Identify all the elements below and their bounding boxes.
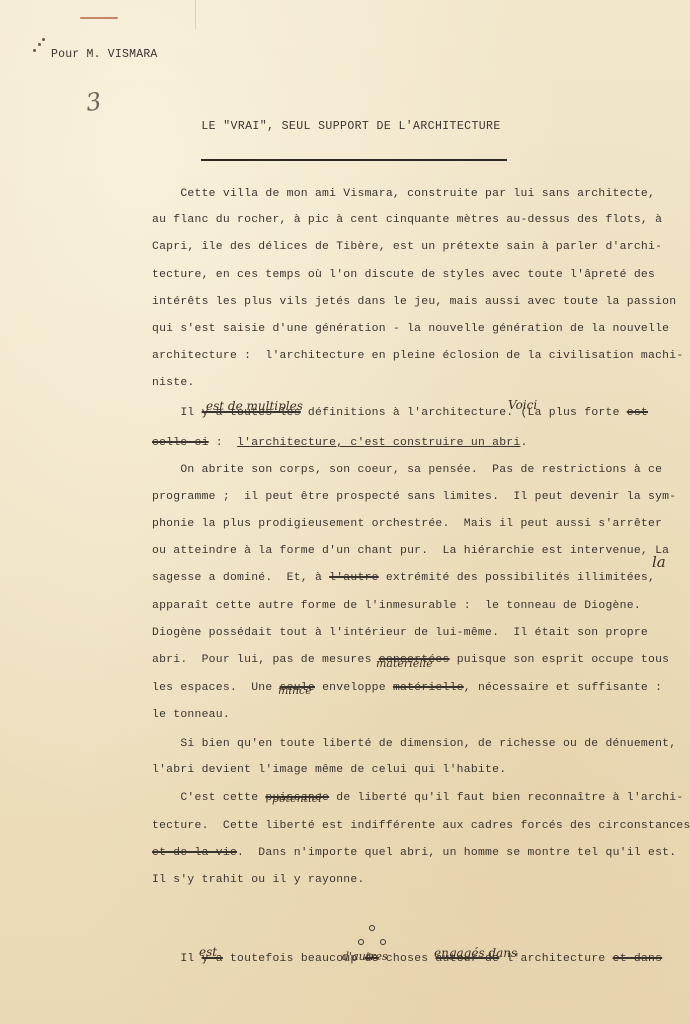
text-line: les espaces. Une seule enveloppe matérie… [152, 682, 662, 694]
annotation-est: est [199, 945, 217, 959]
text-segment: On abrite son corps, son coeur, sa pensé… [152, 464, 662, 476]
annotation-la: la [652, 553, 666, 571]
paper-sheet [0, 0, 690, 1024]
text-segment: phonie la plus prodigieusement orchestré… [152, 518, 662, 530]
struck-text: est [627, 407, 648, 419]
text-segment: puisque son esprit occupe tous [450, 654, 670, 666]
annotation-voici: Voici [508, 398, 537, 412]
text-segment: intérêts les plus vils jetés dans le jeu… [152, 296, 676, 308]
text-line: Cette villa de mon ami Vismara, construi… [152, 188, 655, 200]
annotation-engages-dans: engagés dans [434, 946, 517, 960]
text-segment: apparaît cette autre forme de l'inmesura… [152, 600, 641, 612]
struck-text: matérielle [393, 682, 464, 694]
text-segment: ou atteindre à la forme d'un chant pur. … [152, 545, 669, 557]
text-segment: tecture. Cette liberté est indifférente … [152, 820, 690, 832]
text-segment: niste. [152, 377, 195, 389]
text-segment: l'abri devient l'image même de celui qui… [152, 764, 506, 776]
text-line: tecture, en ces temps où l'on discute de… [152, 269, 655, 281]
text-segment: définitions à l'architecture. (La plus f… [301, 407, 627, 419]
underlined-text: l'architecture, c'est construire un abri [237, 437, 520, 449]
text-segment: tecture, en ces temps où l'on discute de… [152, 269, 655, 281]
text-segment: de liberté qu'il faut bien reconnaître à… [329, 792, 683, 804]
struck-text: et de la vie [152, 847, 237, 859]
annotation-mince: mince [278, 684, 312, 697]
recipient-line: Pour M. VISMARA [51, 48, 158, 61]
text-line: tecture. Cette liberté est indifférente … [152, 820, 690, 832]
text-segment: sagesse a dominé. Et, à [152, 572, 329, 584]
text-line: phonie la plus prodigieusement orchestré… [152, 518, 662, 530]
text-line: et de la vie. Dans n'importe quel abri, … [152, 847, 676, 859]
text-segment: les espaces. Une [152, 682, 280, 694]
text-line: Capri, île des délices de Tibère, est un… [152, 241, 662, 253]
text-line: l'abri devient l'image même de celui qui… [152, 764, 506, 776]
text-line: Il y a toutefois beaucoup de choses auto… [152, 953, 662, 965]
text-segment: Il [152, 953, 202, 965]
text-line: niste. [152, 377, 195, 389]
text-line: celle-ci : l'architecture, c'est constru… [152, 437, 528, 449]
annotation-potentiel: potentiel [272, 792, 322, 805]
text-line: apparaît cette autre forme de l'inmesura… [152, 600, 641, 612]
text-segment: le tonneau. [152, 709, 230, 721]
text-line: C'est cette puissance de liberté qu'il f… [152, 792, 683, 804]
title-underline [201, 159, 507, 161]
section-separator [355, 925, 395, 955]
text-line: Si bien qu'en toute liberté de dimension… [152, 738, 676, 750]
text-segment: extrémité des possibilités illimitées, [379, 572, 655, 584]
text-line: au flanc du rocher, à pic à cent cinquan… [152, 214, 662, 226]
text-line: intérêts les plus vils jetés dans le jeu… [152, 296, 676, 308]
annotation-materielle: matérielle [376, 657, 433, 670]
text-line: Diogène possédait tout à l'intérieur de … [152, 627, 648, 639]
text-line: programme ; il peut être prospecté sans … [152, 491, 676, 503]
text-segment: . [520, 437, 527, 449]
text-segment: Il s'y trahit ou il y rayonne. [152, 874, 365, 886]
text-segment: , nécessaire et suffisante : [464, 682, 662, 694]
text-line: On abrite son corps, son coeur, sa pensé… [152, 464, 662, 476]
text-segment: abri. Pour lui, pas de mesures [152, 654, 379, 666]
text-segment: Capri, île des délices de Tibère, est un… [152, 241, 662, 253]
text-line: le tonneau. [152, 709, 230, 721]
paper-fold [195, 0, 196, 30]
text-segment: programme ; il peut être prospecté sans … [152, 491, 676, 503]
text-segment: C'est cette [152, 792, 265, 804]
ink-specks [32, 38, 46, 52]
struck-text: celle-ci [152, 437, 209, 449]
text-segment: Si bien qu'en toute liberté de dimension… [152, 738, 676, 750]
text-segment: Il [152, 407, 202, 419]
text-segment: Diogène possédait tout à l'intérieur de … [152, 627, 648, 639]
text-line: qui s'est saisie d'une génération - la n… [152, 323, 669, 335]
struck-text: et dans [613, 953, 663, 965]
text-segment: au flanc du rocher, à pic à cent cinquan… [152, 214, 662, 226]
text-segment: Cette villa de mon ami Vismara, construi… [152, 188, 655, 200]
ink-stain [80, 17, 118, 19]
text-line: sagesse a dominé. Et, à l'autre extrémit… [152, 572, 655, 584]
text-segment: architecture : l'architecture en pleine … [152, 350, 683, 362]
text-segment: : [209, 437, 237, 449]
text-segment: enveloppe [315, 682, 393, 694]
annotation-est-de-multiples: est de multiples [206, 399, 303, 413]
text-line: ou atteindre à la forme d'un chant pur. … [152, 545, 669, 557]
struck-text: l'autre [329, 572, 379, 584]
document-title: LE "VRAI", SEUL SUPPORT DE L'ARCHITECTUR… [0, 120, 690, 133]
text-line: architecture : l'architecture en pleine … [152, 350, 683, 362]
text-segment: . Dans n'importe quel abri, un homme se … [237, 847, 676, 859]
text-segment: qui s'est saisie d'une génération - la n… [152, 323, 669, 335]
text-line: Il s'y trahit ou il y rayonne. [152, 874, 365, 886]
